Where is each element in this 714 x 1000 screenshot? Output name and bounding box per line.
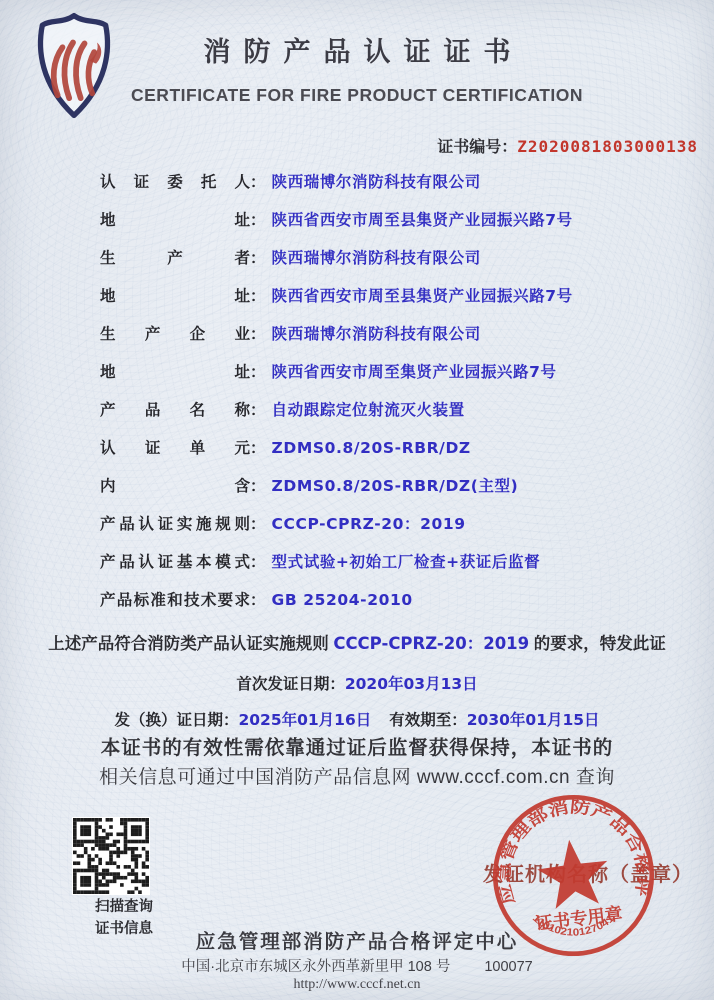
field-label: 地 址 <box>100 278 250 316</box>
qr-code <box>72 817 150 895</box>
colon: ： <box>250 592 266 609</box>
field-value: ZDMS0.8/20S-RBR/DZ <box>272 439 471 457</box>
field-label: 产 品 名 称 <box>100 392 250 430</box>
field-value: 陕西省西安市周至县集贤产业园振兴路7号 <box>272 287 573 305</box>
field-value: 陕西瑞博尔消防科技有限公司 <box>272 249 481 267</box>
field-value: CCCP-CPRZ-20：2019 <box>272 515 466 533</box>
field-value: 陕西省西安市周至集贤产业园振兴路7号 <box>272 363 557 381</box>
field-row-producer: 生 产 者：陕西瑞博尔消防科技有限公司 <box>100 239 660 277</box>
field-row-address-3: 地 址：陕西省西安市周至集贤产业园振兴路7号 <box>100 353 660 391</box>
field-row-standard: 产品标准和技术要求：GB 25204-2010 <box>100 581 660 619</box>
reissue-date: 2025年01月16日 <box>238 711 371 729</box>
field-row-includes: 内 含：ZDMS0.8/20S-RBR/DZ(主型) <box>100 467 660 505</box>
field-label: 产品认证基本模式 <box>100 544 250 582</box>
page-subtitle: CERTIFICATE FOR FIRE PRODUCT CERTIFICATI… <box>0 85 714 106</box>
field-list: 认 证 委 托 人：陕西瑞博尔消防科技有限公司 地 址：陕西省西安市周至县集贤产… <box>100 163 660 619</box>
field-label: 地 址 <box>100 202 250 240</box>
field-label: 产品标准和技术要求 <box>100 582 250 620</box>
statement-rule-code: CCCP-CPRZ-20：2019 <box>333 634 529 653</box>
conformity-statement: 上述产品符合消防类产品认证实施规则 CCCP-CPRZ-20：2019 的要求，… <box>0 630 714 654</box>
colon: ： <box>250 288 266 305</box>
seal-star <box>534 835 612 910</box>
certificate-number: 证书编号：Z2020081803000138 <box>437 134 698 157</box>
header: 消防产品认证证书 CERTIFICATE FOR FIRE PRODUCT CE… <box>0 30 714 106</box>
valid-until-label: 有效期至： <box>389 712 467 729</box>
field-label: 认 证 单 元 <box>100 430 250 468</box>
certificate-page: 消防产品认证证书 CERTIFICATE FOR FIRE PRODUCT CE… <box>0 0 714 1000</box>
reissue-label: 发（换）证日期： <box>114 712 238 729</box>
colon: ： <box>501 139 517 156</box>
field-value: ZDMS0.8/20S-RBR/DZ(主型) <box>272 477 519 495</box>
field-label: 生 产 者 <box>100 240 250 278</box>
certificate-number-label: 证书编号 <box>437 139 501 156</box>
first-issue-date-line: 首次发证日期：2020年03月13日 <box>0 672 714 694</box>
field-value: GB 25204-2010 <box>272 591 413 609</box>
field-value: 陕西瑞博尔消防科技有限公司 <box>272 325 481 343</box>
field-value: 陕西省西安市周至县集贤产业园振兴路7号 <box>272 211 573 229</box>
first-issue-date: 2020年03月13日 <box>345 675 478 693</box>
field-row-product-name: 产 品 名 称：自动跟踪定位射流灭火装置 <box>100 391 660 429</box>
field-value: 自动跟踪定位射流灭火装置 <box>272 401 465 419</box>
field-label: 地 址 <box>100 354 250 392</box>
colon: ： <box>250 440 266 457</box>
certificate-number-value: Z2020081803000138 <box>517 137 698 156</box>
reissue-date-line: 发（换）证日期：2025年01月16日有效期至：2030年01月15日 <box>0 708 714 730</box>
field-label: 产品认证实施规则 <box>100 506 250 544</box>
field-value: 陕西瑞博尔消防科技有限公司 <box>272 173 481 191</box>
field-row-address-2: 地 址：陕西省西安市周至县集贤产业园振兴路7号 <box>100 277 660 315</box>
colon: ： <box>250 174 266 191</box>
colon: ： <box>250 402 266 419</box>
field-row-manufacturer: 生 产 企 业：陕西瑞博尔消防科技有限公司 <box>100 315 660 353</box>
field-row-cert-unit: 认 证 单 元：ZDMS0.8/20S-RBR/DZ <box>100 429 660 467</box>
footer-url: http://www.cccf.net.cn <box>0 977 714 993</box>
colon: ： <box>250 554 266 571</box>
field-row-applicant: 认 证 委 托 人：陕西瑞博尔消防科技有限公司 <box>100 163 660 201</box>
footer-address: 中国·北京市东城区永外西革新里甲 108 号 <box>181 959 450 975</box>
field-row-address-1: 地 址：陕西省西安市周至县集贤产业园振兴路7号 <box>100 201 660 239</box>
statement-text: 的要求，特发此证 <box>529 635 666 653</box>
field-row-basic-mode: 产品认证基本模式：型式试验+初始工厂检查+获证后监督 <box>100 543 660 581</box>
first-issue-label: 首次发证日期： <box>236 676 345 693</box>
colon: ： <box>250 212 266 229</box>
colon: ： <box>250 478 266 495</box>
valid-until-date: 2030年01月15日 <box>467 711 600 729</box>
colon: ： <box>250 250 266 267</box>
qr-caption-line1: 扫描查询 <box>95 896 153 918</box>
page-title: 消防产品认证证书 <box>0 30 714 69</box>
field-value: 型式试验+初始工厂检查+获证后监督 <box>272 553 541 571</box>
official-seal: 应急管理部消防产品合格评定中心 证书专用章 11010210127041 <box>476 778 671 973</box>
field-label: 内 含 <box>100 468 250 506</box>
field-label: 生 产 企 业 <box>100 316 250 354</box>
colon: ： <box>250 364 266 381</box>
statement-text: 上述产品符合消防类产品认证实施规则 <box>48 635 333 653</box>
colon: ： <box>250 326 266 343</box>
field-row-implementation-rule: 产品认证实施规则：CCCP-CPRZ-20：2019 <box>100 505 660 543</box>
colon: ： <box>250 516 266 533</box>
field-label: 认 证 委 托 人 <box>100 164 250 202</box>
validity-notice-line1: 本证书的有效性需依靠通过证后监督获得保持，本证书的 <box>0 732 714 760</box>
